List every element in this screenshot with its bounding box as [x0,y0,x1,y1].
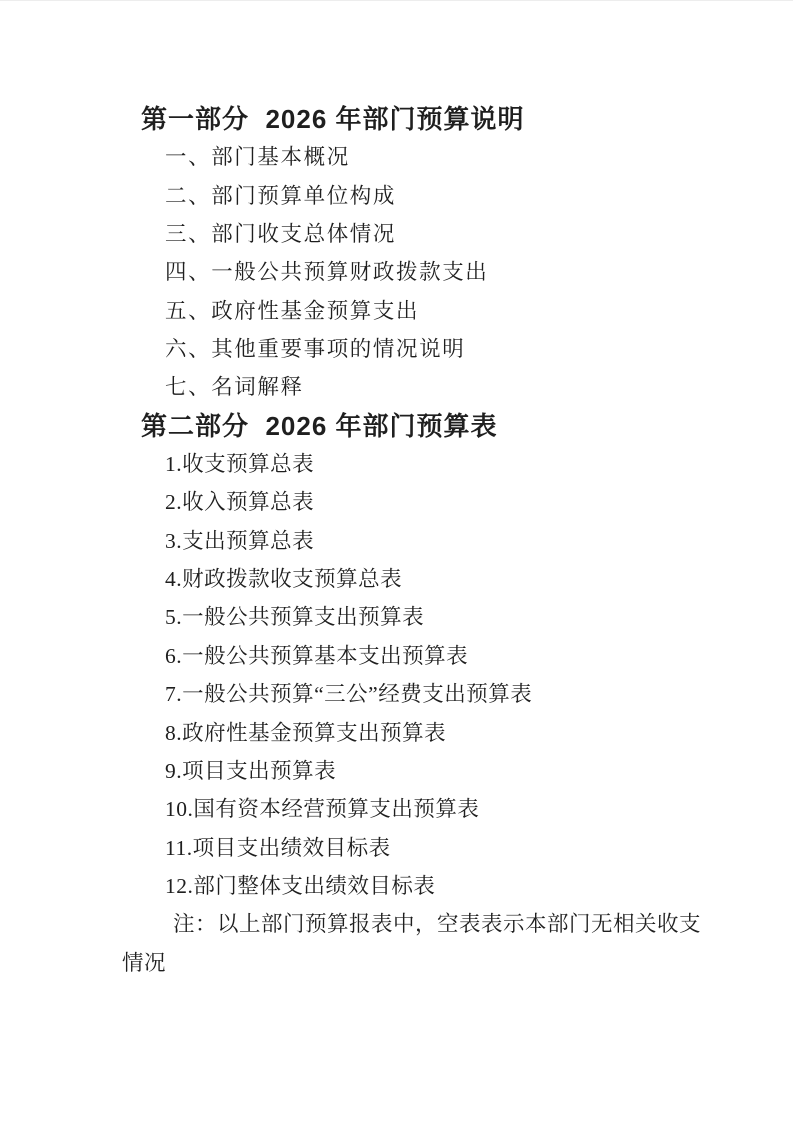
part1-item-basic-overview: 一、部门基本概况 [165,138,793,176]
note-line-2: 情况 [122,944,793,982]
part1-item-public-budget-outlay: 四、一般公共预算财政拨款支出 [165,253,793,291]
part2-table-7: 7.一般公共预算“三公”经费支出预算表 [165,675,793,713]
note-line-1: 注：以上部门预算报表中，空表表示本部门无相关收支 [173,905,793,943]
part1-item-glossary: 七、名词解释 [165,368,793,406]
part2-table-8: 8.政府性基金预算支出预算表 [165,714,793,752]
part2-table-5: 5.一般公共预算支出预算表 [165,598,793,636]
part2-heading: 第二部分 2026 年部门预算表 [141,407,793,445]
part2-table-12: 12.部门整体支出绩效目标表 [165,867,793,905]
part1-item-revenue-expenditure: 三、部门收支总体情况 [165,215,793,253]
part2-table-4: 4.财政拨款收支预算总表 [165,560,793,598]
part2-table-9: 9.项目支出预算表 [165,752,793,790]
part1-item-unit-composition: 二、部门预算单位构成 [165,177,793,215]
part2-table-11: 11.项目支出绩效目标表 [165,829,793,867]
part2-table-2: 2.收入预算总表 [165,483,793,521]
part1-heading: 第一部分 2026 年部门预算说明 [141,100,793,138]
part1-item-gov-fund-outlay: 五、政府性基金预算支出 [165,292,793,330]
part2-table-1: 1.收支预算总表 [165,445,793,483]
budget-toc-page: 第一部分 2026 年部门预算说明 一、部门基本概况 二、部门预算单位构成 三、… [0,0,793,1122]
part2-table-3: 3.支出预算总表 [165,522,793,560]
part2-table-10: 10.国有资本经营预算支出预算表 [165,790,793,828]
part1-item-other-matters: 六、其他重要事项的情况说明 [165,330,793,368]
part2-table-6: 6.一般公共预算基本支出预算表 [165,637,793,675]
